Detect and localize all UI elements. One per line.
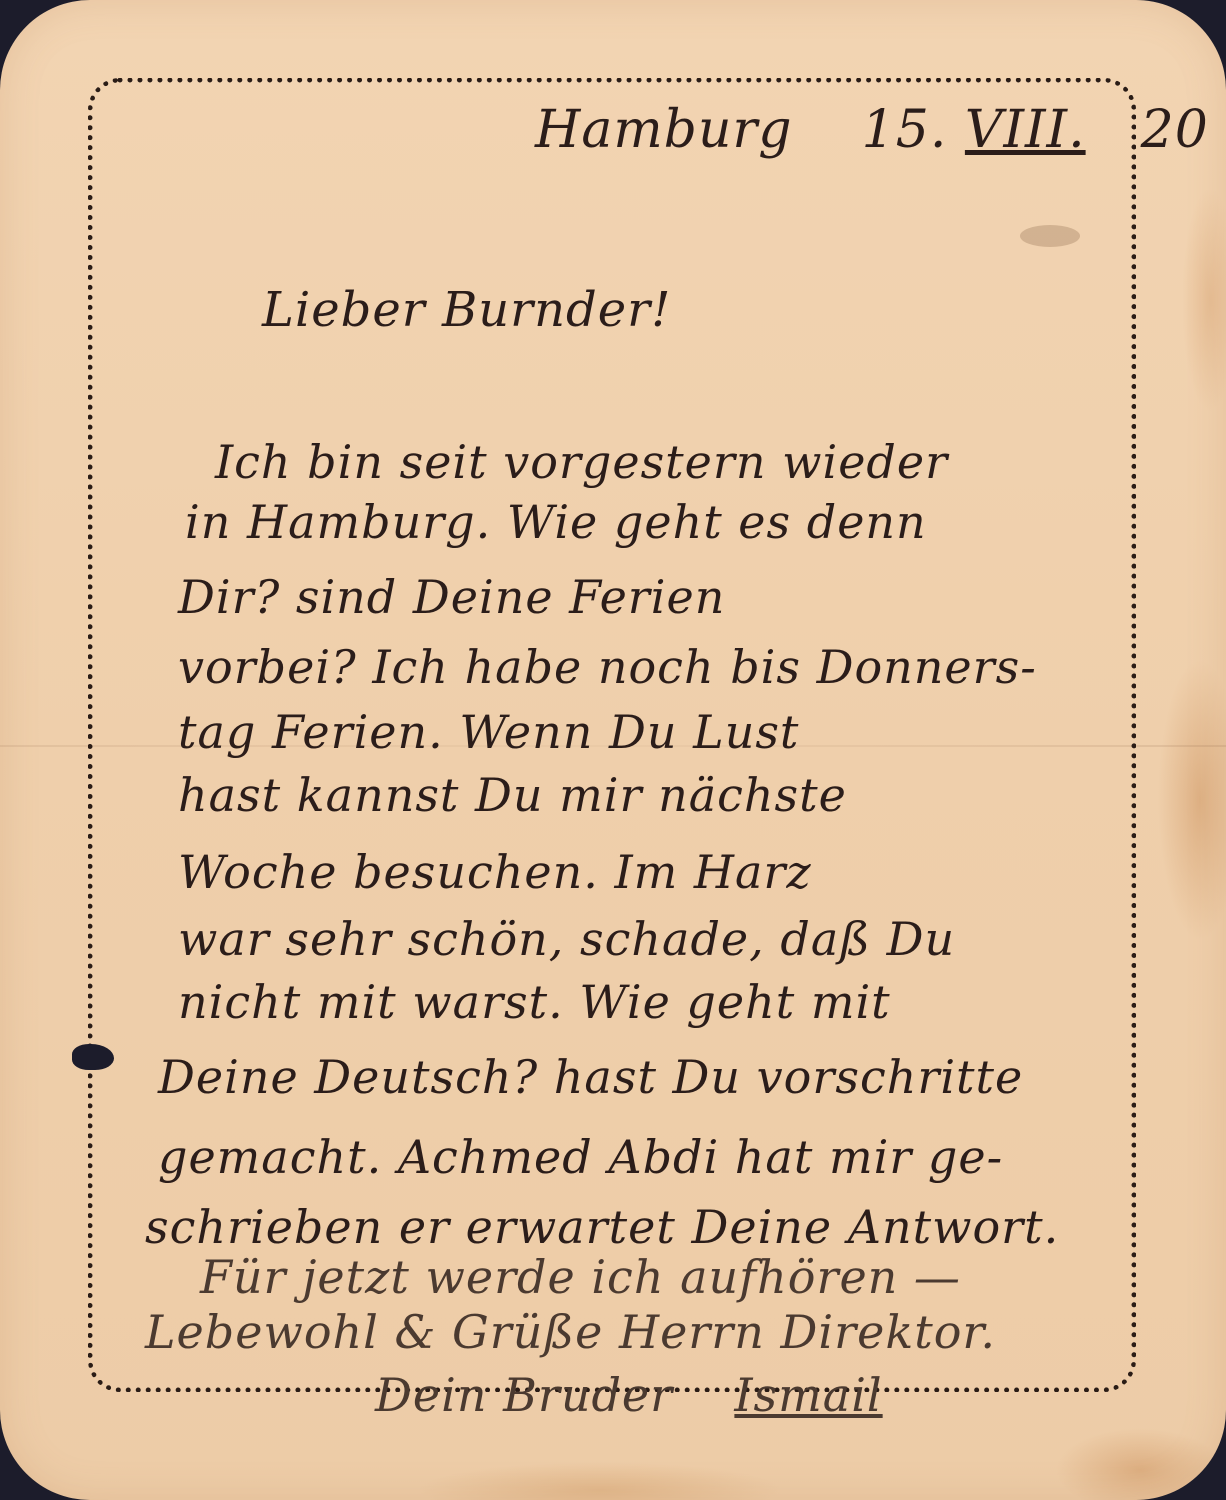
body-line: Dir? sind Deine Ferien	[178, 570, 725, 624]
body-line: vorbei? Ich habe noch bis Donners-	[178, 640, 1037, 694]
header-day: 15.	[862, 100, 948, 160]
header-place: Hamburg	[535, 100, 793, 160]
closing-line: Dein Bruder Ismail	[375, 1368, 883, 1422]
body-line: Lebewohl & Grüße Herrn Direktor.	[145, 1305, 996, 1359]
body-line: Für jetzt werde ich aufhören —	[200, 1250, 961, 1304]
body-line: Deine Deutsch? hast Du vorschritte	[158, 1050, 1023, 1104]
body-line: Ich bin seit vorgestern wieder	[215, 435, 948, 489]
body-line: tag Ferien. Wenn Du Lust	[178, 705, 799, 759]
body-line: gemacht. Achmed Abdi hat mir ge-	[158, 1130, 1003, 1184]
body-line: hast kannst Du mir nächste	[178, 768, 847, 822]
body-line: war sehr schön, schade, daß Du	[178, 912, 955, 966]
body-line: Woche besuchen. Im Harz	[178, 845, 812, 899]
body-line: nicht mit warst. Wie geht mit	[178, 975, 891, 1029]
signature: Ismail	[734, 1368, 882, 1422]
header-month: VIII.	[965, 100, 1086, 160]
header-year: 20	[1141, 100, 1209, 160]
paper-hole	[72, 1044, 114, 1070]
ink-smudge	[1020, 225, 1080, 247]
letter-sheet: Hamburg 15. VIII. 20 Lieber Burnder! Ich…	[0, 0, 1226, 1500]
body-line: in Hamburg. Wie geht es denn	[185, 495, 927, 549]
letter-header-place-date: Hamburg 15. VIII. 20	[535, 100, 1209, 160]
closing-text: Dein Bruder	[375, 1368, 673, 1422]
salutation: Lieber Burnder!	[262, 282, 671, 338]
body-line: schrieben er erwartet Deine Antwort.	[145, 1200, 1059, 1254]
